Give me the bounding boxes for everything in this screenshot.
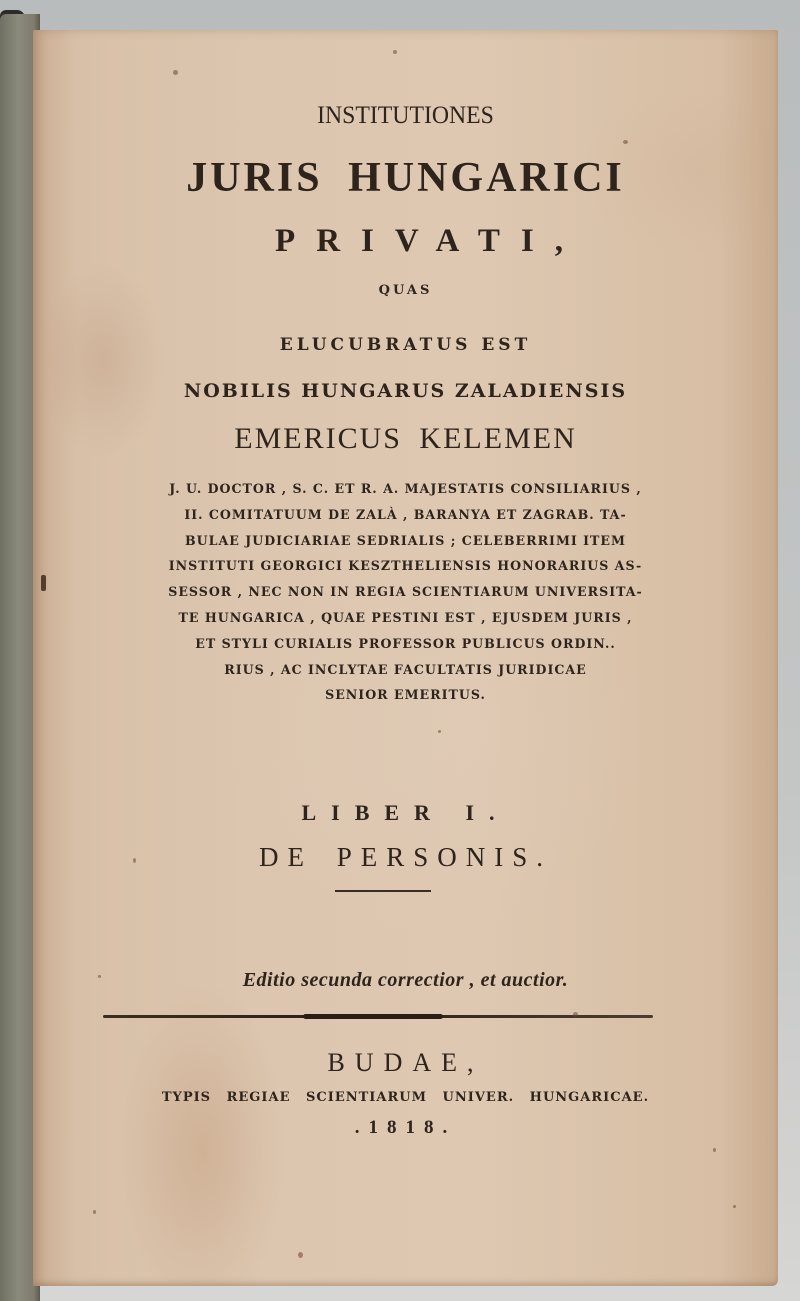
author-title-line: INSTITUTI GEORGICI KESZTHELIENSIS HONORA…	[83, 553, 728, 579]
author-title-line: BULAE JUDICIARIAE SEDRIALIS ; CELEBERRIM…	[83, 528, 728, 554]
book-number: LIBER I.	[33, 800, 778, 826]
foxing-speck	[173, 70, 178, 75]
imprint-place: BUDAE,	[33, 1048, 778, 1078]
author-title-line: II. COMITATUUM DE ZALÀ , BARANYA ET ZAGR…	[83, 502, 728, 528]
author-title-line: SENIOR EMERITUS.	[83, 682, 728, 708]
foxing-speck	[93, 1210, 96, 1214]
foxing-speck	[41, 575, 46, 591]
foxing-speck	[733, 1205, 736, 1208]
author-title-line: ET STYLI CURIALIS PROFESSOR PUBLICUS ORD…	[83, 631, 728, 657]
long-rule-divider	[103, 1015, 653, 1018]
foxing-speck	[298, 1252, 303, 1258]
short-rule-divider	[335, 890, 431, 892]
foxing-speck	[713, 1148, 716, 1152]
imprint-year: .1818.	[33, 1117, 778, 1139]
author-title-line: SESSOR , NEC NON IN REGIA SCIENTIARUM UN…	[83, 579, 728, 605]
edition-statement: Editio secunda correctior , et auctior.	[33, 969, 778, 992]
foxing-speck	[393, 50, 397, 54]
author-title-line: J. U. DOCTOR , S. C. ET R. A. MAJESTATIS…	[83, 476, 728, 502]
author-name: EMERICUS KELEMEN	[33, 422, 778, 456]
foxing-speck	[98, 975, 101, 978]
foxing-speck	[438, 730, 441, 733]
book-subject: DE PERSONIS.	[33, 842, 778, 873]
author-title-line: TE HUNGARICA , QUAE PESTINI EST , EJUSDE…	[83, 605, 728, 631]
line-nobilis: NOBILIS HUNGARUS ZALADIENSIS	[33, 380, 778, 402]
foxing-speck	[573, 1012, 578, 1017]
imprint-printer: TYPIS REGIAE SCIENTIARUM UNIVER. HUNGARI…	[33, 1090, 778, 1105]
heading-institutiones: INSTITUTIONES	[52, 102, 760, 130]
line-elucubratus: ELUCUBRATUS EST	[33, 335, 778, 355]
heading-privati: PRIVATI,	[33, 223, 800, 260]
author-titles: J. U. DOCTOR , S. C. ET R. A. MAJESTATIS…	[83, 476, 728, 708]
author-title-line: RIUS , AC INCLYTAE FACULTATIS JURIDICAE	[83, 657, 728, 683]
title-page: INSTITUTIONES JURIS HUNGARICI PRIVATI, Q…	[33, 30, 778, 1286]
heading-juris-hungarici: JURIS HUNGARICI	[33, 154, 778, 202]
foxing-speck	[623, 140, 628, 144]
line-quas: QUAS	[33, 283, 778, 298]
foxing-speck	[133, 858, 136, 863]
